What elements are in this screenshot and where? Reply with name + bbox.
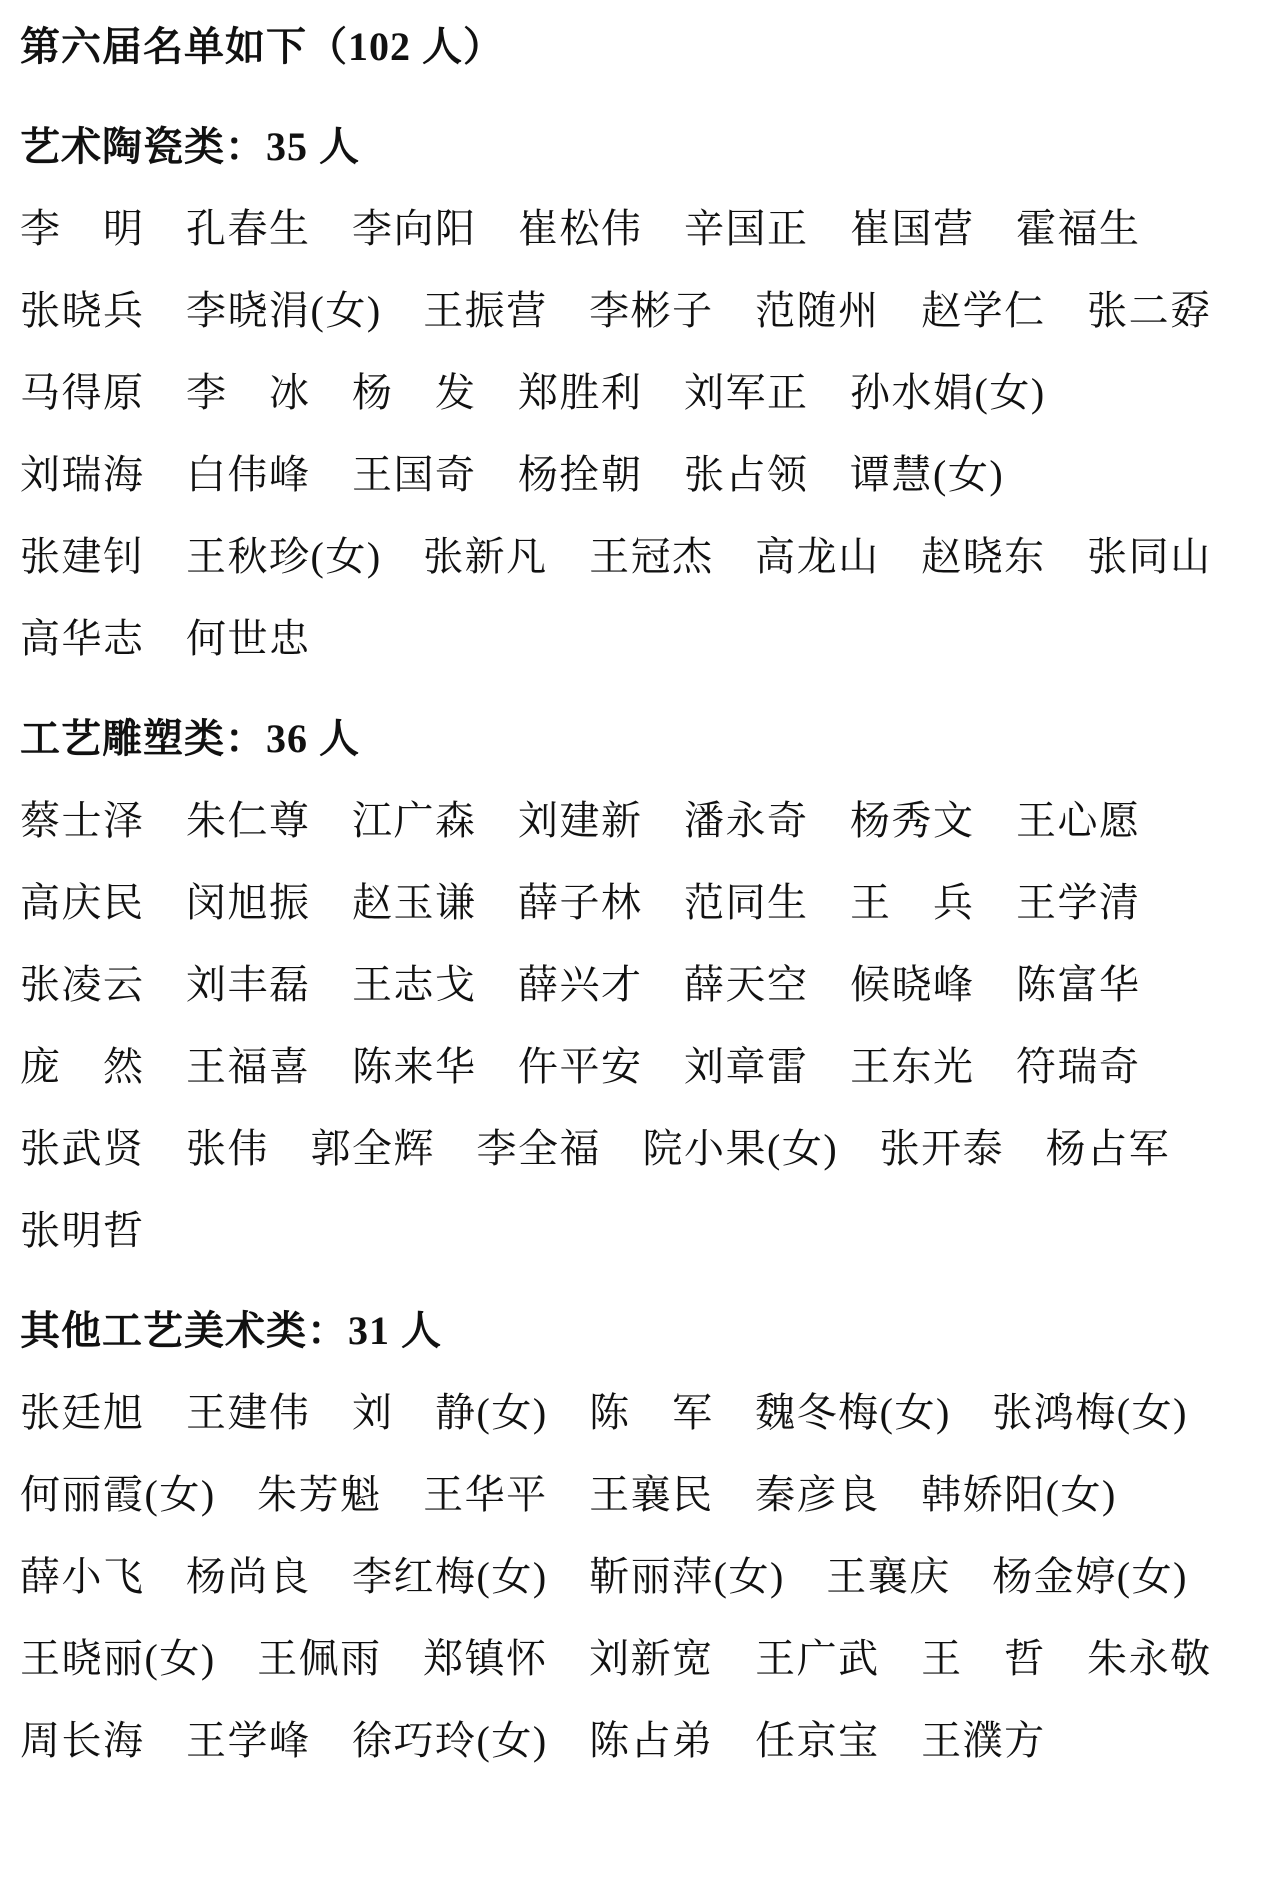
name-line: 薛小飞 杨尚良 李红梅(女) 靳丽萍(女) 王襄庆 杨金婷(女) [20, 1536, 1262, 1618]
name-line: 何丽霞(女) 朱芳魁 王华平 王襄民 秦彦良 韩娇阳(女) [20, 1454, 1262, 1536]
name-line: 王晓丽(女) 王佩雨 郑镇怀 刘新宽 王广武 王 哲 朱永敬 [20, 1618, 1262, 1700]
name-line: 张凌云 刘丰磊 王志戈 薛兴才 薛天空 候晓峰 陈富华 [20, 944, 1262, 1026]
name-line: 马得原 李 冰 杨 发 郑胜利 刘军正 孙水娟(女) [20, 352, 1262, 434]
name-line: 庞 然 王福喜 陈来华 仵平安 刘章雷 王东光 符瑞奇 [20, 1026, 1262, 1108]
name-line: 张廷旭 王建伟 刘 静(女) 陈 军 魏冬梅(女) 张鸿梅(女) [20, 1372, 1262, 1454]
sections-container: 艺术陶瓷类：35 人李 明 孔春生 李向阳 崔松伟 辛国正 崔国营 霍福生张晓兵… [20, 106, 1262, 1782]
section-heading: 艺术陶瓷类：35 人 [20, 106, 1262, 188]
name-line: 张晓兵 李晓涓(女) 王振营 李彬子 范随州 赵学仁 张二孬 [20, 270, 1262, 352]
name-line: 张建钊 王秋珍(女) 张新凡 王冠杰 高龙山 赵晓东 张同山 [20, 516, 1262, 598]
name-line: 高华志 何世忠 [20, 598, 1262, 680]
section-heading: 工艺雕塑类：36 人 [20, 698, 1262, 780]
document: 第六届名单如下（102 人） 艺术陶瓷类：35 人李 明 孔春生 李向阳 崔松伟… [0, 0, 1280, 1822]
name-line: 张武贤 张伟 郭全辉 李全福 院小果(女) 张开泰 杨占军 [20, 1108, 1262, 1190]
name-line: 高庆民 闵旭振 赵玉谦 薛子林 范同生 王 兵 王学清 [20, 862, 1262, 944]
name-line: 蔡士泽 朱仁尊 江广森 刘建新 潘永奇 杨秀文 王心愿 [20, 780, 1262, 862]
name-line: 周长海 王学峰 徐巧玲(女) 陈占弟 任京宝 王濮方 [20, 1700, 1262, 1782]
name-line: 李 明 孔春生 李向阳 崔松伟 辛国正 崔国营 霍福生 [20, 188, 1262, 270]
name-line: 张明哲 [20, 1190, 1262, 1272]
name-line: 刘瑞海 白伟峰 王国奇 杨拴朝 张占领 谭慧(女) [20, 434, 1262, 516]
document-title: 第六届名单如下（102 人） [20, 6, 1262, 88]
section-heading: 其他工艺美术类：31 人 [20, 1290, 1262, 1372]
